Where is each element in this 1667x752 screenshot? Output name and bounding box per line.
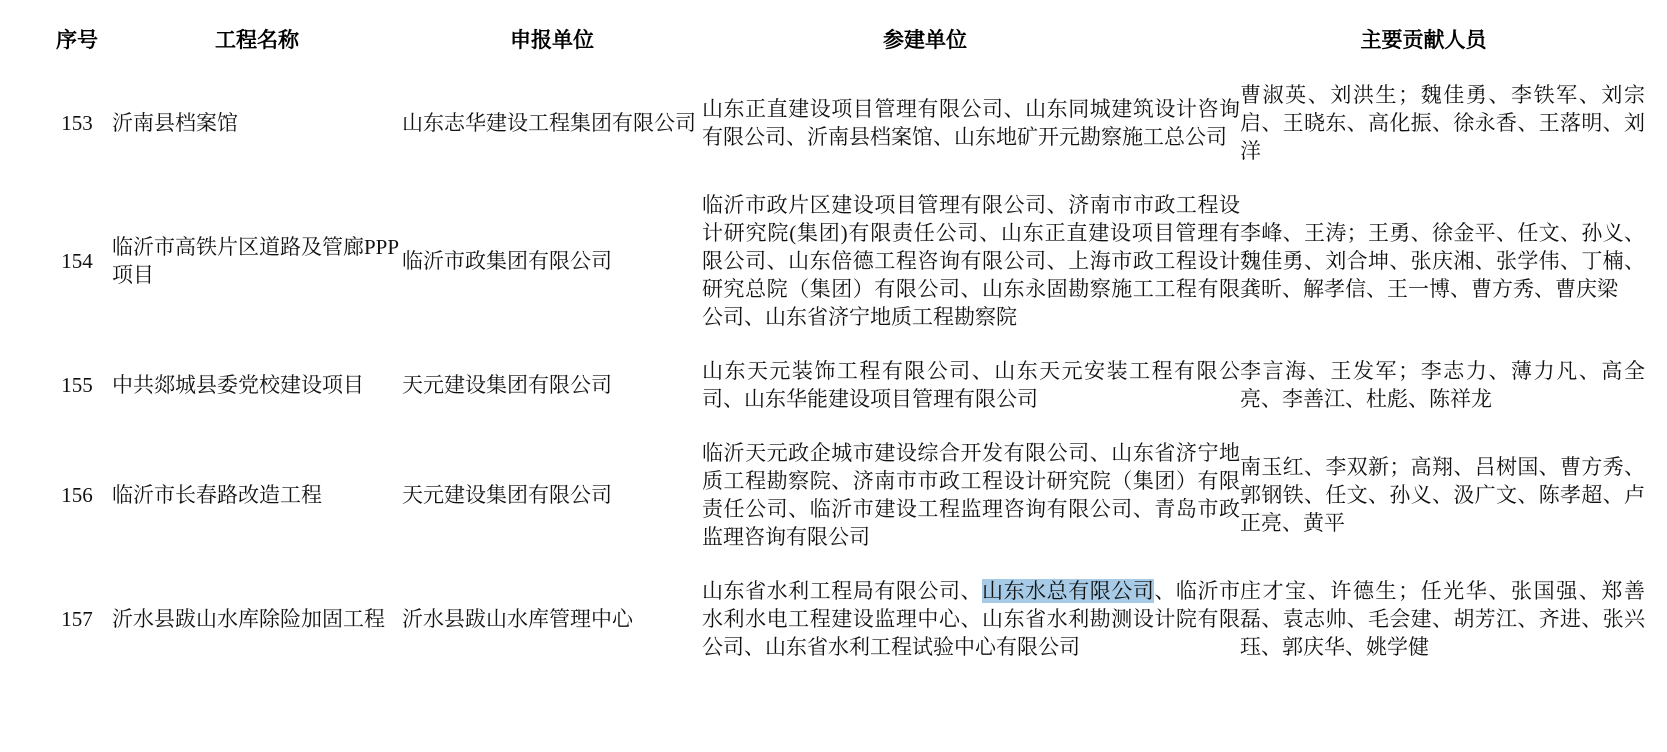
project-name: 临沂市高铁片区道路及管廊PPP 项目 xyxy=(112,178,402,344)
main-contributors: 李峰、王涛；王勇、徐金平、任文、孙义、魏佳勇、刘合坤、张庆湘、张学伟、丁楠、龚昕… xyxy=(1240,178,1645,344)
applicant-unit: 天元建设集团有限公司 xyxy=(402,426,702,564)
table-row: 156 临沂市长春路改造工程 天元建设集团有限公司 临沂天元政企城市建设综合开发… xyxy=(42,426,1645,564)
table-row: 155 中共郯城县委党校建设项目 天元建设集团有限公司 山东天元装饰工程有限公司… xyxy=(42,344,1645,426)
header-applicant-unit: 申报单位 xyxy=(402,14,702,68)
projects-table: 序号 工程名称 申报单位 参建单位 主要贡献人员 153 沂南县档案馆 山东志华… xyxy=(42,14,1645,674)
applicant-unit: 天元建设集团有限公司 xyxy=(402,344,702,426)
project-name: 沂南县档案馆 xyxy=(112,68,402,178)
applicant-unit: 临沂市政集团有限公司 xyxy=(402,178,702,344)
document-page: 序号 工程名称 申报单位 参建单位 主要贡献人员 153 沂南县档案馆 山东志华… xyxy=(0,0,1667,752)
main-contributors: 南玉红、李双新；高翔、吕树国、曹方秀、郭钢铁、任文、孙义、汲广文、陈孝超、卢正亮… xyxy=(1240,426,1645,564)
serial-number: 157 xyxy=(42,564,112,674)
header-project-name: 工程名称 xyxy=(112,14,402,68)
table-row: 154 临沂市高铁片区道路及管廊PPP 项目 临沂市政集团有限公司 临沂市政片区… xyxy=(42,178,1645,344)
participating-units: 山东省水利工程局有限公司、山东水总有限公司、临沂市水利水电工程建设监理中心、山东… xyxy=(702,564,1240,674)
participants-text: 山东天元装饰工程有限公司、山东天元安装工程有限公司、山东华能建设项目管理有限公司 xyxy=(702,359,1240,411)
project-name: 沂水县跋山水库除险加固工程 xyxy=(112,564,402,674)
highlighted-company-name: 山东水总有限公司 xyxy=(982,579,1154,603)
serial-number: 154 xyxy=(42,178,112,344)
participants-text: 临沂市政片区建设项目管理有限公司、济南市市政工程设计研究院(集团)有限责任公司、… xyxy=(702,193,1240,329)
participants-text: 山东省水利工程局有限公司、 xyxy=(702,579,982,603)
header-serial-number: 序号 xyxy=(42,14,112,68)
main-contributors: 李言海、王发军；李志力、薄力凡、高全亮、李善江、杜彪、陈祥龙 xyxy=(1240,344,1645,426)
header-main-contributors: 主要贡献人员 xyxy=(1240,14,1645,68)
participating-units: 临沂天元政企城市建设综合开发有限公司、山东省济宁地质工程勘察院、济南市市政工程设… xyxy=(702,426,1240,564)
participants-text: 山东正直建设项目管理有限公司、山东同城建筑设计咨询有限公司、沂南县档案馆、山东地… xyxy=(702,97,1240,149)
main-contributors: 曹淑英、刘洪生；魏佳勇、李铁军、刘宗启、王晓东、高化振、徐永香、王落明、刘洋 xyxy=(1240,68,1645,178)
applicant-unit: 沂水县跋山水库管理中心 xyxy=(402,564,702,674)
serial-number: 153 xyxy=(42,68,112,178)
table-row: 153 沂南县档案馆 山东志华建设工程集团有限公司 山东正直建设项目管理有限公司… xyxy=(42,68,1645,178)
table-row: 157 沂水县跋山水库除险加固工程 沂水县跋山水库管理中心 山东省水利工程局有限… xyxy=(42,564,1645,674)
table-header-row: 序号 工程名称 申报单位 参建单位 主要贡献人员 xyxy=(42,14,1645,68)
participating-units: 临沂市政片区建设项目管理有限公司、济南市市政工程设计研究院(集团)有限责任公司、… xyxy=(702,178,1240,344)
project-name: 中共郯城县委党校建设项目 xyxy=(112,344,402,426)
participating-units: 山东正直建设项目管理有限公司、山东同城建筑设计咨询有限公司、沂南县档案馆、山东地… xyxy=(702,68,1240,178)
participating-units: 山东天元装饰工程有限公司、山东天元安装工程有限公司、山东华能建设项目管理有限公司 xyxy=(702,344,1240,426)
participants-text: 临沂天元政企城市建设综合开发有限公司、山东省济宁地质工程勘察院、济南市市政工程设… xyxy=(702,441,1240,549)
serial-number: 155 xyxy=(42,344,112,426)
main-contributors: 庄才宝、许德生；任光华、张国强、郑善磊、袁志帅、毛会建、胡芳江、齐进、张兴珏、郭… xyxy=(1240,564,1645,674)
applicant-unit: 山东志华建设工程集团有限公司 xyxy=(402,68,702,178)
header-participating-units: 参建单位 xyxy=(702,14,1240,68)
serial-number: 156 xyxy=(42,426,112,564)
project-name: 临沂市长春路改造工程 xyxy=(112,426,402,564)
